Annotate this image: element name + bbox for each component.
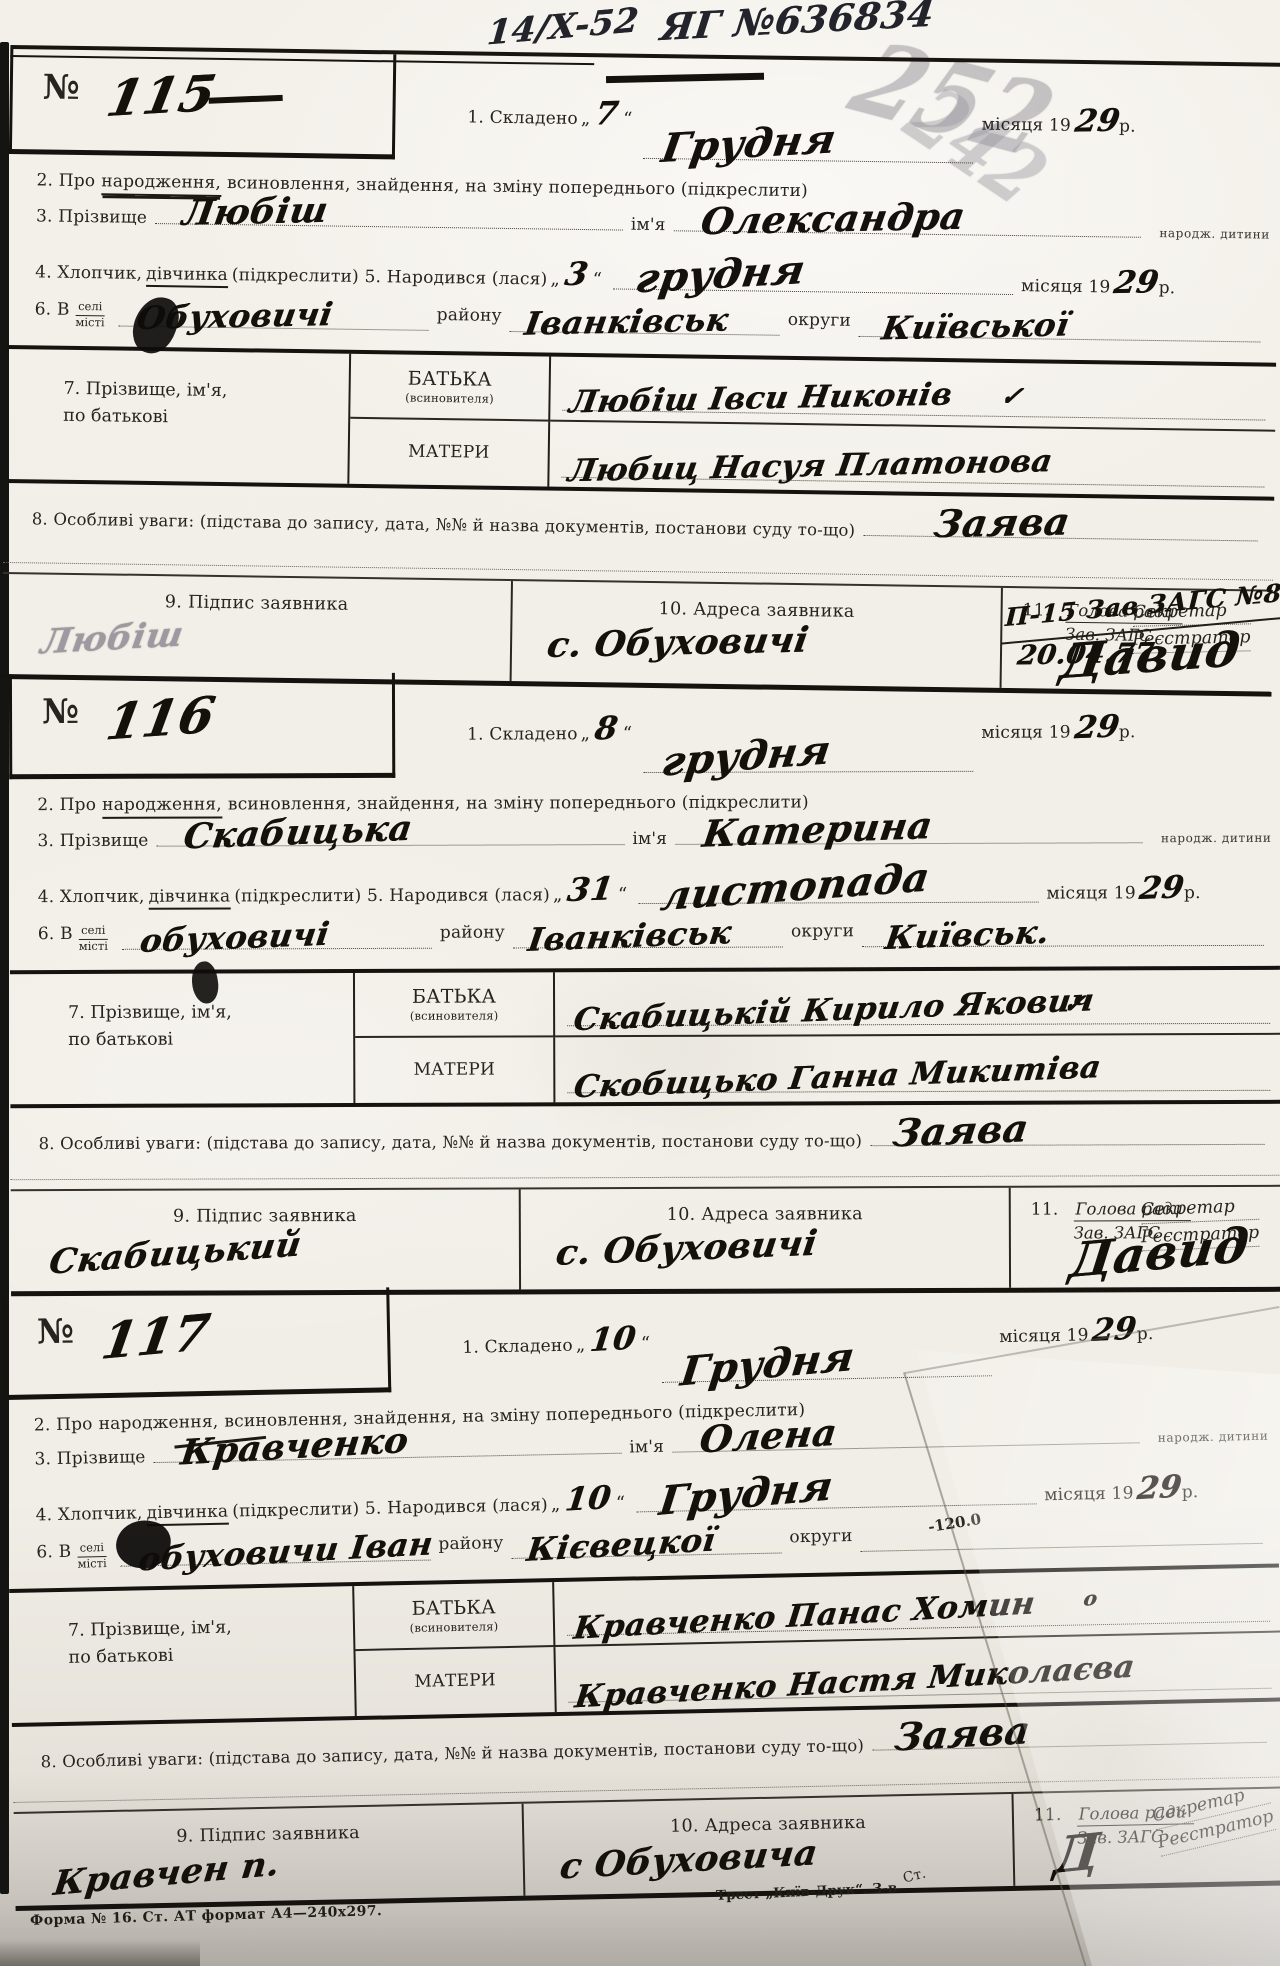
dotted-line: Олександра: [674, 225, 1142, 238]
composed-label: 1. Складено: [467, 724, 578, 744]
close-quote: “: [593, 269, 603, 290]
dotted-line: Грудня: [643, 153, 973, 164]
father-name-value: Кравченко Панас Хомин: [572, 1588, 1037, 1644]
mother-name-value: Кравченко Настя Миколаєва: [573, 1651, 1136, 1713]
composed-line: 1. Складено „ 7 “ Грудня місяця 19 29 р.: [395, 54, 1280, 171]
district-label: району: [440, 922, 505, 942]
surname-value: Кравченко: [179, 1423, 411, 1471]
applicant-signature-cell: 9. Підпис заявника Любіш: [2, 574, 513, 681]
father-label: БАТЬКА: [411, 1596, 496, 1620]
record-number-value: 115: [97, 68, 220, 153]
village-city-label: селі місті: [77, 1541, 107, 1571]
dotted-line: Іванківськ: [510, 326, 780, 336]
record-115: № 115 1. Складено „ 7 “ Грудня місяця 19…: [2, 45, 1280, 694]
composed-year-value: 29: [1073, 106, 1122, 138]
year-suffix-label: р.: [1119, 116, 1136, 136]
record-header: № 115 1. Складено „ 7 “ Грудня місяця 19…: [9, 49, 1280, 172]
month-year-label: місяця 19: [1046, 883, 1135, 903]
mother-value-cell: Скобицько Ганна Микитіва: [555, 1034, 1280, 1102]
officials-cell: 11. Голова ради Зав. ЗАГС Секретар Реєст…: [1013, 1788, 1280, 1885]
sex-underlined: дівчинка: [146, 264, 228, 288]
remarks-label: 8. Особливі уваги: (підстава до запису, …: [40, 1735, 864, 1771]
secretary-signature: Д: [1052, 1826, 1103, 1881]
child-name-line: 3. Прізвище Кравченко ім'я Олена народж.…: [6, 1425, 1276, 1470]
given-name-value: Олена: [697, 1414, 838, 1459]
dotted-line: Катерина: [675, 837, 1143, 845]
remarks-label: 8. Особливі уваги: (підстава до запису, …: [32, 509, 856, 539]
mother-name-value: Скобицько Ганна Микитіва: [572, 1052, 1103, 1103]
event-type-prefix: 2. Про: [34, 1414, 93, 1435]
secretary-registrar-label: Секретар Реєстратор: [1150, 1779, 1277, 1855]
open-quote: „: [581, 108, 591, 129]
ink-stroke: [209, 95, 283, 104]
composed-month-value: Грудня: [659, 120, 839, 169]
birth-year-value: 29: [1136, 1472, 1184, 1505]
birth-day-value: 10: [563, 1481, 613, 1516]
sex-label-prefix: 4. Хлопчик,: [35, 1503, 142, 1525]
village-label: селі: [76, 300, 105, 316]
item-11-label: 11.: [1031, 1199, 1059, 1219]
signature-row: 9. Підпис заявника Кравчен п. 10. Адреса…: [14, 1786, 1280, 1910]
no-label: №: [42, 692, 79, 774]
month-year-label: місяця 19: [1021, 276, 1111, 297]
applicant-signature-label: 9. Підпис заявника: [11, 1205, 519, 1227]
month-year-label: місяця 19: [1044, 1483, 1134, 1505]
record-number-box: № 115: [9, 49, 396, 159]
okruha-value: Київськ.: [884, 915, 1052, 953]
year-suffix-label: р.: [1119, 722, 1136, 742]
sex-label-prefix: 4. Хлопчик,: [35, 262, 142, 283]
parents-label-line1: 7. Прізвище, ім'я,: [63, 375, 348, 406]
dotted-line: Іванківськ: [513, 941, 783, 948]
dotted-line: грудня: [643, 766, 973, 773]
applicant-signature-cell: 9. Підпис заявника Кравчен п.: [14, 1803, 526, 1905]
sex-birthdate-line: 4. Хлопчик, дівчинка (підкреслити) 5. На…: [7, 1469, 1277, 1529]
mother-label-cell: МАТЕРИ: [355, 1647, 556, 1716]
birth-year-value: 29: [1138, 872, 1187, 905]
parents-label-line2: по батькові: [63, 402, 348, 433]
remarks-line: 8. Особливі уваги: (підстава до запису, …: [4, 509, 1274, 546]
scan-shadow: [0, 1940, 200, 1966]
applicant-address-label: 10. Адреса заявника: [521, 1203, 1009, 1225]
record-header: № 116 1. Складено „ 8 “ грудня місяця 19…: [9, 670, 1279, 779]
district-value: Кієвецкої: [525, 1523, 717, 1565]
composed-day-value: 7: [593, 97, 621, 129]
mother-label: МАТЕРИ: [414, 1060, 496, 1080]
adopter-label: (всиновителя): [405, 390, 494, 405]
composed-label: 1. Складено: [467, 107, 578, 129]
open-quote: „: [551, 1494, 561, 1515]
birth-day-value: 31: [565, 872, 615, 906]
city-label: місті: [77, 1557, 106, 1571]
later-date-annotation: 20.04.77: [1016, 639, 1157, 669]
month-year-label: місяця 19: [981, 115, 1071, 136]
composed-label: 1. Складено: [462, 1336, 573, 1358]
remarks-line: 8. Особливі уваги: (підстава до запису, …: [12, 1727, 1280, 1771]
district-value: Іванківськ: [526, 916, 734, 956]
father-label: БАТЬКА: [412, 985, 496, 1007]
remarks-value: Заява: [891, 1109, 1031, 1152]
father-value-cell: Скабицькій Кирило Якович ✓: [555, 969, 1280, 1037]
year-suffix-label: р.: [1137, 1324, 1154, 1344]
sex-label-prefix: 4. Хлопчик,: [38, 887, 145, 907]
mother-label-cell: МАТЕРИ: [355, 1037, 555, 1103]
sex-birthdate-line: 4. Хлопчик, дівчинка (підкреслити) 5. На…: [7, 250, 1277, 303]
okruha-label: округи: [791, 921, 854, 941]
given-name-value: Катерина: [700, 807, 934, 853]
dotted-line: Олена: [672, 1437, 1140, 1452]
child-name-line: 3. Прізвище Любіш ім'я Олександра народж…: [8, 206, 1278, 244]
born-label: (підкреслити) 5. Народився (лася): [234, 885, 550, 906]
village-city-label: селі місті: [79, 924, 108, 954]
village-city-label: селі місті: [75, 300, 105, 330]
record-number-box: № 117: [3, 1287, 391, 1400]
child-birth-note: народж. дитини: [1161, 831, 1272, 845]
mother-value-cell: Любиц Насуя Платонова: [549, 421, 1275, 496]
born-label: (підкреслити) 5. Народився (лася): [232, 265, 548, 289]
no-label: №: [37, 1312, 76, 1395]
applicant-address-value: с Обуховича: [558, 1835, 819, 1884]
remarks-label: 8. Особливі уваги: (підстава до запису, …: [39, 1131, 863, 1153]
dotted-line: Кієвецкої: [512, 1547, 782, 1558]
in-label: 6. В: [35, 299, 70, 319]
surname-value: Скабицька: [182, 811, 415, 855]
pen-mark: о: [1083, 1587, 1099, 1608]
child-birth-note: народж. дитини: [1158, 1429, 1269, 1445]
dotted-line: Київськ.: [862, 939, 1264, 946]
scanned-registry-page: 14/X-52 ЯГ №636834 252 242 № 115 1. Скла…: [0, 0, 1280, 1966]
father-value-cell: Любіш Івси Никонів ✓: [550, 356, 1276, 431]
adopter-label: (всиновителя): [410, 1008, 499, 1022]
mother-label: МАТЕРИ: [408, 442, 490, 463]
given-name-value: Олександра: [698, 198, 967, 240]
archive-date-annotation: 14/X-52: [486, 4, 641, 51]
in-label: 6. В: [36, 1542, 71, 1563]
district-label: району: [437, 305, 502, 326]
close-quote: “: [623, 109, 633, 130]
check-mark: ✓: [998, 383, 1024, 409]
event-type-prefix: 2. Про: [36, 170, 95, 191]
composed-day-value: 8: [593, 712, 620, 745]
no-label: №: [42, 67, 80, 150]
remarks-value: Заява: [931, 502, 1072, 543]
surname-label: 3. Прізвище: [34, 1447, 145, 1469]
parents-label-line2: по батькові: [68, 1026, 353, 1054]
dotted-line: Заява: [872, 1736, 1267, 1750]
mother-name-value: Любиц Насуя Платонова: [566, 446, 1055, 487]
year-suffix-label: р.: [1159, 278, 1176, 298]
given-name-label: ім'я: [631, 215, 666, 235]
surname-value: Любіш: [180, 193, 330, 231]
given-name-label: ім'я: [629, 1437, 664, 1458]
dotted-line: грудня: [613, 283, 1013, 295]
dotted-line: Любіш: [155, 218, 623, 231]
village-label: селі: [79, 924, 108, 940]
dotted-line: Заява: [863, 530, 1258, 542]
composed-month-value: Грудня: [678, 1337, 856, 1392]
applicant-signature: Кравчен п.: [52, 1846, 282, 1900]
sex-underlined: дівчинка: [149, 886, 231, 909]
surname-label: 3. Прізвище: [37, 831, 148, 851]
applicant-address-label: 10. Адреса заявника: [512, 597, 1000, 624]
close-quote: “: [616, 1493, 626, 1514]
parents-label: 7. Прізвище, ім'я, по батькові: [4, 349, 351, 484]
father-label-cell: БАТЬКА (всиновителя): [354, 1582, 555, 1651]
open-quote: „: [581, 723, 591, 744]
event-type-line: 2. Про народження, всиновлення, знайденн…: [9, 791, 1279, 819]
check-mark: ✓: [1061, 991, 1087, 1018]
composed-month-value: грудня: [659, 731, 833, 783]
mother-value-cell: Кравченко Настя Миколаєва: [555, 1632, 1280, 1712]
parents-label-line2: по батькові: [68, 1639, 353, 1672]
village-value: обуховичі: [138, 917, 331, 956]
district-label: району: [438, 1533, 504, 1554]
born-label: (підкреслити) 5. Народився (лася): [232, 1495, 548, 1521]
parents-table: 7. Прізвище, ім'я, по батькові БАТЬКА (в…: [4, 349, 1276, 501]
child-birth-note: народж. дитини: [1159, 226, 1270, 242]
record-117: № 117 1. Складено „ 10 “ Грудня місяця 1…: [3, 1270, 1280, 1905]
dotted-line: обуховичі: [122, 942, 432, 949]
parents-label: 7. Прізвище, ім'я, по батькові: [10, 973, 355, 1104]
district-value: Іванківськ: [523, 303, 731, 339]
mother-label: МАТЕРИ: [414, 1670, 496, 1692]
father-label-cell: БАТЬКА (всиновителя): [355, 972, 555, 1038]
parents-table: 7. Прізвище, ім'я, по батькові БАТЬКА (в…: [9, 1567, 1280, 1726]
year-suffix-label: р.: [1184, 883, 1201, 903]
birth-month-value: грудня: [633, 250, 808, 299]
open-quote: „: [553, 884, 563, 905]
surname-label: 3. Прізвище: [36, 206, 147, 228]
father-name-value: Скабицькій Кирило Якович: [572, 985, 1096, 1036]
village-label: селі: [77, 1541, 106, 1557]
event-type-prefix: 2. Про: [37, 795, 96, 815]
applicant-signature-cell: 9. Підпис заявника Скабицький: [11, 1189, 521, 1291]
mother-label-cell: МАТЕРИ: [349, 418, 550, 486]
okruha-label: округи: [788, 310, 851, 331]
record-number-box: № 116: [9, 673, 395, 779]
applicant-address-cell: 10. Адреса заявника с. Обуховичі: [521, 1187, 1011, 1289]
composed-year-value: 29: [1091, 1314, 1139, 1347]
applicant-signature: Скабицький: [47, 1227, 303, 1279]
father-label: БАТЬКА: [408, 367, 492, 390]
close-quote: “: [623, 723, 632, 744]
birth-year-value: 29: [1112, 267, 1161, 299]
in-label: 6. В: [38, 924, 73, 944]
close-quote: “: [641, 1333, 651, 1354]
remarks-line: 8. Особливі уваги: (підстава до запису, …: [11, 1129, 1280, 1152]
adopter-label: (всиновителя): [410, 1619, 499, 1635]
father-name-value: Любіш Івси Никонів: [567, 379, 955, 418]
birth-day-value: 3: [563, 258, 591, 290]
composed-day-value: 10: [588, 1322, 638, 1357]
child-name-line: 3. Прізвище Скабицька ім'я Катерина наро…: [9, 827, 1279, 851]
composed-year-value: 29: [1072, 712, 1121, 745]
birth-month-value: листопада: [658, 858, 932, 917]
open-quote: „: [550, 269, 560, 290]
okruha-label: округи: [789, 1526, 853, 1547]
year-suffix-label: р.: [1182, 1482, 1199, 1502]
dotted-line: Заява: [870, 1138, 1264, 1145]
dotted-line: Скабицька: [157, 839, 625, 847]
ink-stroke: [606, 73, 764, 83]
okruha-value: Київської: [880, 308, 1072, 344]
dotted-line: Київської: [859, 330, 1261, 342]
village-value: обуховичи Іван: [136, 1527, 434, 1575]
applicant-signature: Любіш: [39, 617, 186, 659]
dotted-line: листопада: [638, 897, 1038, 904]
birth-month-value: Грудня: [657, 1466, 835, 1521]
remarks-value: Заява: [893, 1711, 1033, 1756]
dotted-line: Кравченко: [154, 1448, 622, 1463]
parents-label: 7. Прізвище, ім'я, по батькові: [9, 1586, 357, 1723]
record-number-value: 117: [94, 1307, 214, 1397]
sex-birthdate-line: 4. Хлопчик, дівчинка (підкреслити) 5. На…: [10, 871, 1280, 910]
parents-label-line1: 7. Прізвище, ім'я,: [68, 999, 353, 1027]
given-name-label: ім'я: [632, 829, 667, 849]
record-number-value: 116: [97, 690, 218, 778]
open-quote: „: [576, 1334, 586, 1355]
dotted-line: Грудня: [662, 1370, 992, 1383]
dotted-line: [861, 1537, 1263, 1551]
month-year-label: місяця 19: [981, 723, 1070, 743]
composed-line: 1. Складено „ 8 “ грудня місяця 19 29 р.: [395, 670, 1279, 778]
record-116: № 116 1. Складено „ 8 “ грудня місяця 19…: [9, 670, 1280, 1297]
applicant-address-value: с. Обуховичі: [554, 1225, 820, 1270]
close-quote: “: [618, 884, 627, 905]
father-label-cell: БАТЬКА (всиновителя): [350, 353, 551, 421]
applicant-address-value: с. Обуховичі: [545, 622, 811, 662]
applicant-signature-label: 9. Підпис заявника: [3, 590, 511, 617]
city-label: місті: [75, 316, 104, 330]
city-label: місті: [79, 940, 108, 954]
applicant-address-cell: 10. Адреса заявника с Обуховича: [524, 1793, 1016, 1895]
